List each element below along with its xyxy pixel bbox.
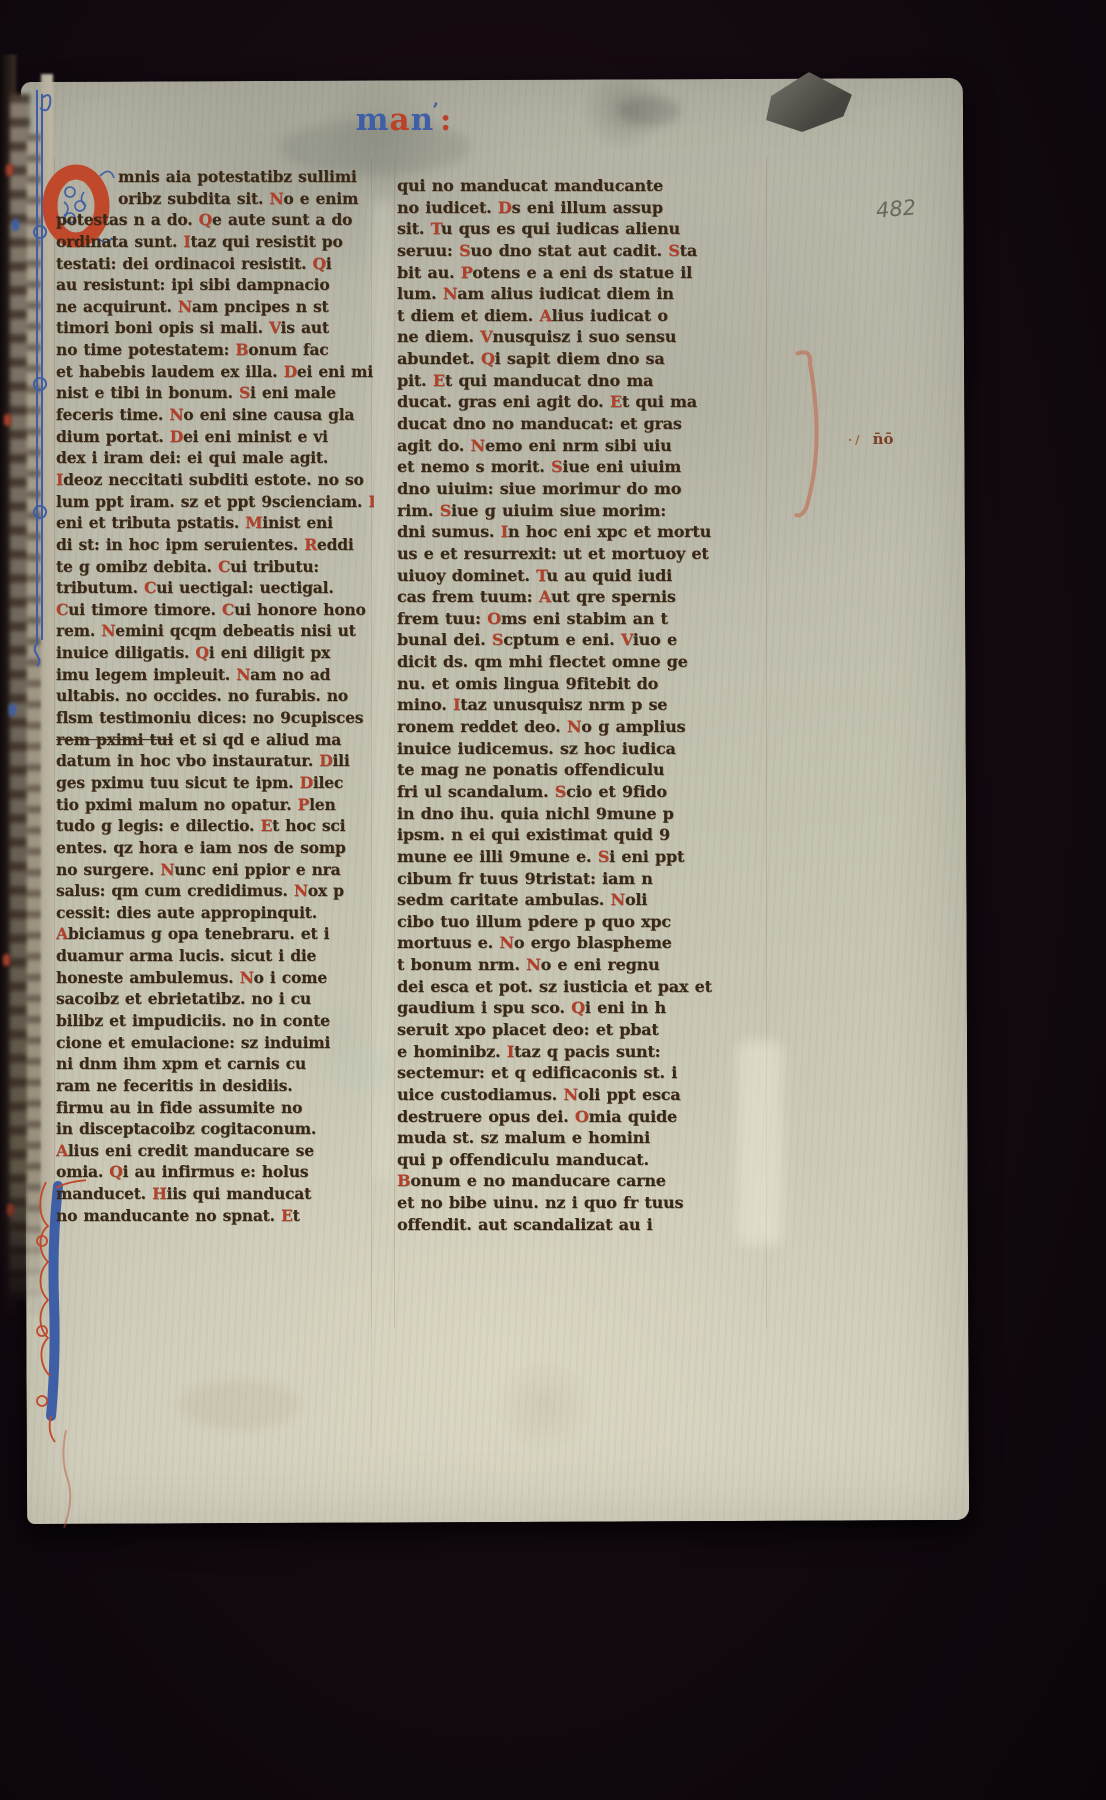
text-line: ram ne feceritis in desidiis. (56, 1075, 374, 1097)
text-line: abundet. Qi sapit diem dno sa (397, 348, 768, 370)
text-line: bunal dei. Scptum e eni. Viuo e (397, 629, 768, 651)
text-line: te mag ne ponatis offendiculu (397, 759, 768, 781)
text-line: ordinata sunt. Itaz qui resistit po (56, 231, 374, 253)
text-line: mortuus e. No ergo blaspheme (397, 932, 768, 954)
text-line: tudo g legis: e dilectio. Et hoc sci (56, 815, 374, 837)
text-line: manducet. Hiis qui manducat (56, 1183, 374, 1205)
manuscript-photo: man’: 482 ·/n̄ō (0, 0, 1106, 1800)
text-column-right: qui no manducat manducanteno iudicet. Ds… (397, 175, 768, 1243)
text-line: rim. Siue g uiuim siue morim: (397, 500, 768, 522)
parchment-stain (620, 96, 680, 126)
text-line: flsm testimoniu dices: no 9cupisces (56, 707, 374, 729)
text-line: lum ppt iram. sz et ppt 9scienciam. Io (56, 491, 374, 513)
text-line: feceris time. No eni sine causa gla (56, 404, 374, 426)
text-line: au resistunt: ipi sibi dampnacio (56, 274, 374, 296)
text-line: ultabis. no occides. no furabis. no (56, 685, 374, 707)
text-line: ducat. gras eni agit do. Et qui ma (397, 391, 768, 413)
text-line: mune ee illi 9mune e. Si eni ppt (397, 846, 768, 868)
text-line: imu legem impleuit. Nam no ad (56, 664, 374, 686)
margin-note-ticks: ·/ (848, 433, 863, 447)
text-line: ipsm. n ei qui existimat quid 9 (397, 824, 768, 846)
text-line: ronem reddet deo. No g amplius (397, 716, 768, 738)
parchment-stain (180, 1380, 300, 1430)
text-line: potestas n a do. Qe aute sunt a do (56, 209, 374, 231)
text-line: et habebis laudem ex illa. Dei eni mi (56, 361, 374, 383)
text-line: e hominibz. Itaz q pacis sunt: (397, 1041, 768, 1063)
text-line: cas frem tuum: Aut qre spernis (397, 586, 768, 608)
text-line: ducat dno no manducat: et gras (397, 413, 768, 435)
text-line: dex i iram dei: ei qui male agit. (56, 447, 374, 469)
text-line: agit do. Nemo eni nrm sibi uiu (397, 435, 768, 457)
text-line: dni sumus. In hoc eni xpc et mortu (397, 521, 768, 543)
text-line: nist e tibi in bonum. Si eni male (56, 382, 374, 404)
text-line: mnis aia potestatibz sullimi (56, 166, 374, 188)
text-line: sit. Tu qus es qui iudicas alienu (397, 218, 768, 240)
text-line: no manducante no spnat. Et (56, 1205, 374, 1227)
text-line: dicit ds. qm mhi flectet omne ge (397, 651, 768, 673)
text-line: bilibz et impudiciis. no in conte (56, 1010, 374, 1032)
text-line: gaudium i spu sco. Qi eni in h (397, 997, 768, 1019)
fore-edge-red-mark (4, 414, 11, 426)
margin-note: ·/n̄ō (848, 430, 893, 448)
text-line: dno uiuim: siue morimur do mo (397, 478, 768, 500)
text-line: inuice iudicemus. sz hoc iudica (397, 738, 768, 760)
text-line: testati: dei ordinacoi resistit. Qi (56, 253, 374, 275)
text-line: ne acquirunt. Nam pncipes n st (56, 296, 374, 318)
text-line: in disceptacoibz cogitaconum. (56, 1118, 374, 1140)
running-title: man’: (334, 99, 474, 138)
text-line: frem tuu: Oms eni stabim an t (397, 608, 768, 630)
text-line: offendit. aut scandalizat au i (397, 1214, 768, 1236)
text-line: cibum fr tuus 9tristat: iam n (397, 868, 768, 890)
red-margin-flourish (778, 350, 822, 520)
text-line: bit au. Potens e a eni ds statue il (397, 262, 768, 284)
text-line: ne diem. Vnusquisz i suo sensu (397, 326, 768, 348)
text-line: muda st. sz malum e homini (397, 1127, 768, 1149)
text-line: ges pximu tuu sicut te ipm. Dilec (56, 772, 374, 794)
text-line: mino. Itaz unusquisz nrm p se (397, 694, 768, 716)
text-line: inuice diligatis. Qi eni diligit px (56, 642, 374, 664)
running-title-letter: m (356, 102, 390, 138)
text-line: Abiciamus g opa tenebraru. et i (56, 923, 374, 945)
red-pen-trial (52, 1428, 82, 1533)
folio-number: 482 (875, 195, 917, 222)
text-line: no iudicet. Ds eni illum assup (397, 197, 768, 219)
text-line: Ideoz neccitati subditi estote. no so (56, 469, 374, 491)
text-line: cibo tuo illum pdere p quo xpc (397, 911, 768, 933)
text-line: et nemo s morit. Siue eni uiuim (397, 456, 768, 478)
text-line: destruere opus dei. Omia quide (397, 1106, 768, 1128)
text-line: te g omibz debita. Cui tributu: (56, 556, 374, 578)
margin-note-text: n̄ō (873, 430, 894, 448)
text-line: timori boni opis si mali. Vis aut (56, 317, 374, 339)
text-line: duamur arma lucis. sicut i die (56, 945, 374, 967)
text-line: sacoibz et ebrietatibz. no i cu (56, 988, 374, 1010)
text-line: honeste ambulemus. No i come (56, 967, 374, 989)
text-line: no surgere. Nunc eni ppior e nra (56, 859, 374, 881)
text-line: Cui timore timore. Cui honore hono (56, 599, 374, 621)
intercolumn-pale-band (372, 200, 394, 1180)
ruling-line (371, 1328, 372, 1448)
text-line: salus: qm cum credidimus. Nox p (56, 880, 374, 902)
text-line: tio pximi malum no opatur. Plen (56, 794, 374, 816)
text-line: uice custodiamus. Noli ppt esca (397, 1084, 768, 1106)
text-line: di st: in hoc ipm seruientes. Reddi (56, 534, 374, 556)
text-line: qui p offendiculu manducat. (397, 1149, 768, 1171)
text-line: eni et tributa pstatis. Minist eni (56, 512, 374, 534)
running-title-letter: a (390, 102, 411, 138)
text-line: lum. Nam alius iudicat diem in (397, 283, 768, 305)
text-line: ni dnm ihm xpm et carnis cu (56, 1053, 374, 1075)
fore-edge-red-mark (3, 954, 10, 966)
text-line: Bonum e no manducare carne (397, 1170, 768, 1192)
text-line: cessit: dies aute appropinquit. (56, 902, 374, 924)
text-line: no time potestatem: Bonum fac (56, 339, 374, 361)
ruling-line (394, 158, 395, 1328)
fore-edge-blue-mark (9, 704, 16, 716)
text-line: fri ul scandalum. Scio et 9fido (397, 781, 768, 803)
ruling-line (54, 158, 55, 1328)
text-line: seruu: Suo dno stat aut cadit. Sta (397, 240, 768, 262)
text-line: sedm caritate ambulas. Noli (397, 889, 768, 911)
text-line: et no bibe uinu. nz i quo fr tuus (397, 1192, 768, 1214)
text-line: nu. et omis lingua 9fitebit do (397, 673, 768, 695)
text-line: qui no manducat manducante (397, 175, 768, 197)
running-title-letter: n (411, 102, 435, 138)
text-line: entes. qz hora e iam nos de somp (56, 837, 374, 859)
abbreviation-mark: ’ (432, 99, 440, 121)
text-line: Alius eni credit manducare se (56, 1140, 374, 1162)
text-line: dei esca et pot. sz iusticia et pax et (397, 976, 768, 998)
text-line: seruit xpo placet deo: et pbat (397, 1019, 768, 1041)
text-line: datum in hoc vbo instauratur. Dili (56, 750, 374, 772)
text-line: rem pximi tui et si qd e aliud ma (56, 729, 374, 751)
text-line: tributum. Cui uectigal: uectigal. (56, 577, 374, 599)
fore-edge-red-mark (6, 164, 13, 176)
text-line: sectemur: et q edificaconis st. i (397, 1062, 768, 1084)
text-line: omia. Qi au infirmus e: holus (56, 1161, 374, 1183)
text-line: pit. Et qui manducat dno ma (397, 370, 768, 392)
text-line: firmu au in fide assumite no (56, 1097, 374, 1119)
text-line: in dno ihu. quia nichl 9mune p (397, 803, 768, 825)
text-line: oribz subdita sit. No e enim (56, 188, 374, 210)
text-line: t bonum nrm. No e eni regnu (397, 954, 768, 976)
text-column-left: mnis aia potestatibz sullimioribz subdit… (56, 166, 374, 1234)
text-line: us e et resurrexit: ut et mortuoy et (397, 543, 768, 565)
text-line: dium portat. Dei eni minist e vi (56, 426, 374, 448)
fore-edge-red-mark (7, 1204, 14, 1216)
fore-edge-blue-mark (12, 219, 19, 231)
running-title-colon: : (440, 102, 452, 138)
text-line: t diem et diem. Alius iudicat o (397, 305, 768, 327)
text-line: rem. Nemini qcqm debeatis nisi ut (56, 620, 374, 642)
text-line: cione et emulacione: sz induimi (56, 1032, 374, 1054)
text-line: uiuoy dominet. Tu au quid iudi (397, 565, 768, 587)
